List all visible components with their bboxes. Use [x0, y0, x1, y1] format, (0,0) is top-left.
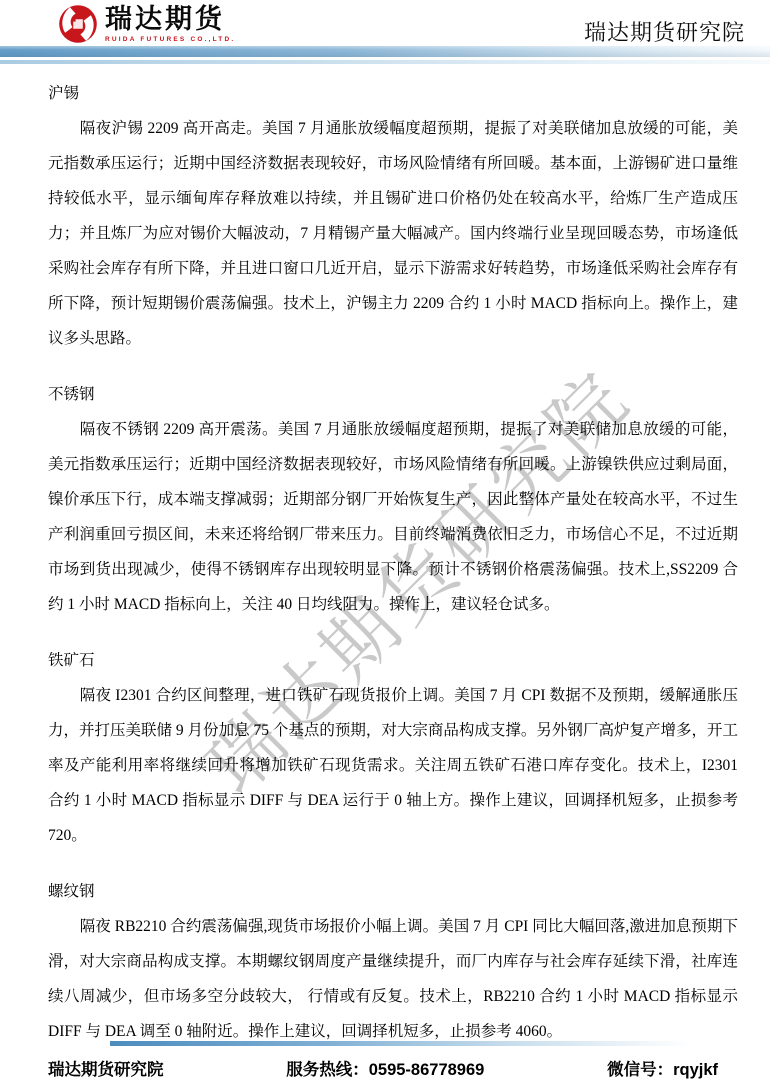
report-page: 瑞达期货 RUIDA FUTURES CO.,LTD. 瑞达期货研究院 瑞达期货… [0, 0, 770, 1089]
report-content: 沪锡 隔夜沪锡 2209 高开高走。美国 7 月通胀放缓幅度超预期，提振了对美联… [0, 64, 770, 1049]
section-body: 隔夜沪锡 2209 高开高走。美国 7 月通胀放缓幅度超预期，提振了对美联储加息… [48, 111, 738, 356]
section-title: 螺纹钢 [48, 874, 738, 909]
footer-divider-bar [110, 1041, 722, 1046]
section-body: 隔夜 RB2210 合约震荡偏强,现货市场报价小幅上调。美国 7 月 CPI 同… [48, 909, 738, 1049]
ruida-logo-icon [58, 4, 98, 44]
footer-institute: 瑞达期货研究院 [48, 1056, 164, 1080]
section-title: 不锈钢 [48, 377, 738, 412]
footer-wechat: 微信号：rqyjkf [607, 1056, 718, 1080]
logo-company-subtitle: RUIDA FUTURES CO.,LTD. [105, 36, 235, 43]
page-header: 瑞达期货 RUIDA FUTURES CO.,LTD. 瑞达期货研究院 [0, 0, 770, 46]
section-title: 沪锡 [48, 76, 738, 111]
section-title: 铁矿石 [48, 643, 738, 678]
page-footer: 瑞达期货研究院 服务热线：0595-86778969 微信号：rqyjkf [0, 1041, 770, 1089]
company-logo: 瑞达期货 RUIDA FUTURES CO.,LTD. [58, 4, 235, 44]
section-rebar: 螺纹钢 隔夜 RB2210 合约震荡偏强,现货市场报价小幅上调。美国 7 月 C… [48, 874, 738, 1049]
logo-text: 瑞达期货 RUIDA FUTURES CO.,LTD. [105, 5, 235, 43]
footer-text-row: 瑞达期货研究院 服务热线：0595-86778969 微信号：rqyjkf [48, 1056, 718, 1080]
logo-company-name: 瑞达期货 [105, 5, 235, 33]
header-institute-title: 瑞达期货研究院 [584, 16, 745, 47]
header-divider-bar [0, 46, 770, 57]
section-iron-ore: 铁矿石 隔夜 I2301 合约区间整理，进口铁矿石现货报价上调。美国 7 月 C… [48, 643, 738, 853]
section-body: 隔夜不锈钢 2209 高开震荡。美国 7 月通胀放缓幅度超预期，提振了对美联储加… [48, 412, 738, 622]
section-body: 隔夜 I2301 合约区间整理，进口铁矿石现货报价上调。美国 7 月 CPI 数… [48, 678, 738, 853]
section-stainless-steel: 不锈钢 隔夜不锈钢 2209 高开震荡。美国 7 月通胀放缓幅度超预期，提振了对… [48, 377, 738, 622]
footer-hotline: 服务热线：0595-86778969 [286, 1056, 484, 1080]
section-shanghai-tin: 沪锡 隔夜沪锡 2209 高开高走。美国 7 月通胀放缓幅度超预期，提振了对美联… [48, 76, 738, 356]
